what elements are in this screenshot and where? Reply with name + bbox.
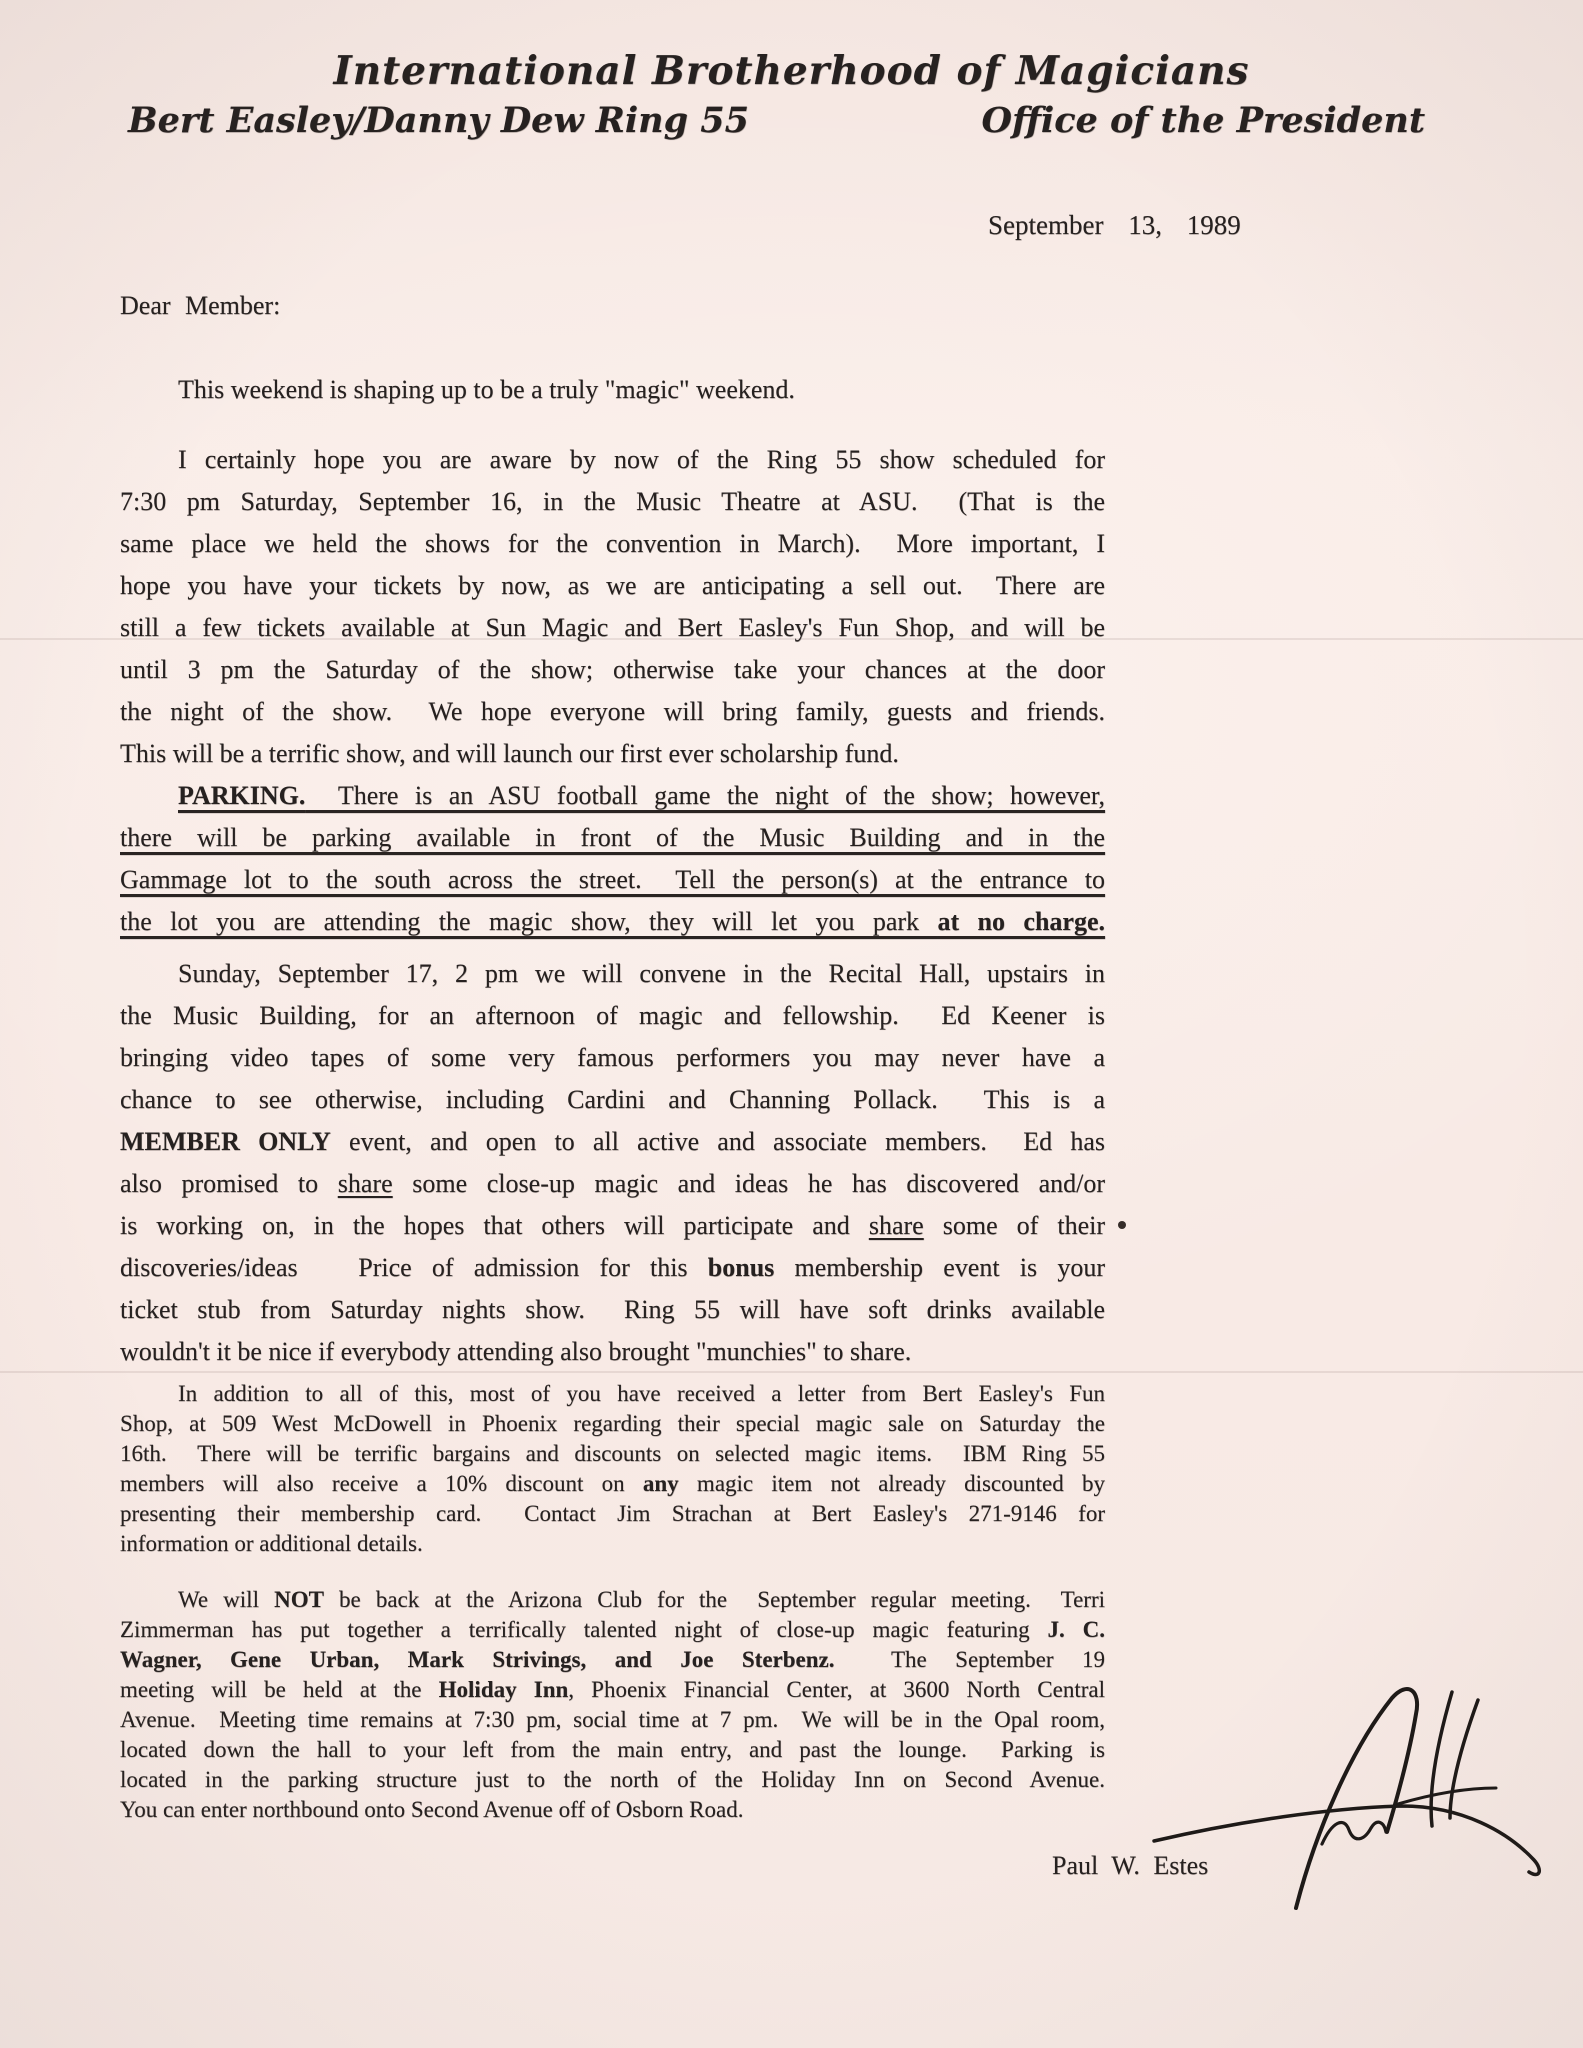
text-segment: The September 19 [835, 1647, 1105, 1672]
letter-line: wouldn't it be nice if everybody attendi… [120, 1331, 1105, 1373]
letter-line: I certainly hope you are aware by now of… [120, 439, 1105, 481]
text-segment: bonus [708, 1253, 775, 1282]
text-segment: the night of the show. We hope everyone … [120, 697, 1105, 726]
letter-line: meeting will be held at the Holiday Inn,… [120, 1675, 1105, 1705]
text-segment: is working on, in the hopes that others … [120, 1211, 869, 1240]
text-segment: This weekend is shaping up to be a truly… [178, 375, 795, 404]
text-segment: same place we held the shows for the con… [120, 529, 1105, 558]
letter-line: In addition to all of this, most of you … [120, 1379, 1105, 1409]
letter-line: ticket stub from Saturday nights show. R… [120, 1289, 1105, 1331]
text-segment: There is an ASU football game the night … [305, 781, 1105, 810]
letter-line: 7:30 pm Saturday, September 16, in the M… [120, 481, 1105, 523]
text-segment: be back at the Arizona Club for the Sept… [324, 1587, 1105, 1612]
text-segment: at no charge. [937, 907, 1105, 936]
text-segment: hope you have your tickets by now, as we… [120, 571, 1105, 600]
letter-line: Gammage lot to the south across the stre… [120, 859, 1105, 901]
letter-line: until 3 pm the Saturday of the show; oth… [120, 649, 1105, 691]
paragraph-parking: PARKING. There is an ASU football game t… [120, 775, 1105, 943]
text-segment: Holiday Inn [439, 1677, 569, 1702]
letter-line: still a few tickets available at Sun Mag… [120, 607, 1105, 649]
letter-line: the lot you are attending the magic show… [120, 901, 1105, 943]
salutation: Dear Member: [120, 285, 1105, 327]
text-segment: information or additional details. [120, 1531, 423, 1556]
letter-line: presenting their membership card. Contac… [120, 1499, 1105, 1529]
letter-line: located down the hall to your left from … [120, 1735, 1105, 1765]
text-segment: This will be a terrific show, and will l… [120, 739, 899, 768]
text-segment: Sunday, September 17, 2 pm we will conve… [178, 959, 1105, 988]
ink-speck [1118, 1221, 1126, 1229]
letter-line: Wagner, Gene Urban, Mark Strivings, and … [120, 1645, 1105, 1675]
letter-line: is working on, in the hopes that others … [120, 1205, 1105, 1247]
text-segment: bringing video tapes of some very famous… [120, 1043, 1105, 1072]
letter-line: PARKING. There is an ASU football game t… [120, 775, 1105, 817]
letter-line: the night of the show. We hope everyone … [120, 691, 1105, 733]
text-segment: discoveries/ideas Price of admission for… [120, 1253, 708, 1282]
letter-line: This weekend is shaping up to be a truly… [120, 369, 1105, 411]
letter-line: Sunday, September 17, 2 pm we will conve… [120, 953, 1105, 995]
text-segment: located in the parking structure just to… [120, 1767, 1105, 1792]
text-segment: 16th. There will be terrific bargains an… [120, 1441, 1105, 1466]
text-segment: Avenue. Meeting time remains at 7:30 pm,… [120, 1707, 1105, 1732]
office-title: Office of the President [981, 100, 1425, 141]
paragraph-intro: This weekend is shaping up to be a truly… [120, 369, 1105, 411]
letter-line: This will be a terrific show, and will l… [120, 733, 1105, 775]
text-segment: the Music Building, for an afternoon of … [120, 1001, 1105, 1030]
letter-line: MEMBER ONLY event, and open to all activ… [120, 1121, 1105, 1163]
letter-line: bringing video tapes of some very famous… [120, 1037, 1105, 1079]
text-segment: until 3 pm the Saturday of the show; oth… [120, 655, 1105, 684]
paragraph-september-meeting: We will NOT be back at the Arizona Club … [120, 1585, 1105, 1825]
letter-line: same place we held the shows for the con… [120, 523, 1105, 565]
text-segment: We will [178, 1587, 274, 1612]
letter-body: Dear Member: This weekend is shaping up … [120, 285, 1105, 1825]
letter-line: Avenue. Meeting time remains at 7:30 pm,… [120, 1705, 1105, 1735]
letter-line: discoveries/ideas Price of admission for… [120, 1247, 1105, 1289]
text-segment: membership event is your [774, 1253, 1105, 1282]
text-segment: Gammage lot to the south across the stre… [120, 865, 1105, 894]
text-segment: magic item not already discounted by [679, 1471, 1105, 1496]
paragraphs: This weekend is shaping up to be a truly… [120, 369, 1105, 1825]
letter-line: located in the parking structure just to… [120, 1765, 1105, 1795]
text-segment: wouldn't it be nice if everybody attendi… [120, 1337, 911, 1366]
typed-signature-name: Paul W. Estes [1052, 1851, 1208, 1881]
text-segment: 7:30 pm Saturday, September 16, in the M… [120, 487, 1105, 516]
letter-line: chance to see otherwise, including Cardi… [120, 1079, 1105, 1121]
org-title: International Brotherhood of Magicians [0, 48, 1583, 94]
text-segment: members will also receive a 10% discount… [120, 1471, 643, 1496]
letter-line: information or additional details. [120, 1529, 1105, 1559]
scanned-letter: { "header": { "org_name": "International… [0, 0, 1583, 2048]
text-segment: some close-up magic and ideas he has dis… [393, 1169, 1105, 1198]
text-segment: there will be parking available in front… [120, 823, 1105, 852]
text-segment: meeting will be held at the [120, 1677, 439, 1702]
letter-line: We will NOT be back at the Arizona Club … [120, 1585, 1105, 1615]
text-segment: share [338, 1169, 393, 1198]
letter-line: the Music Building, for an afternoon of … [120, 995, 1105, 1037]
text-segment: some of their [924, 1211, 1105, 1240]
text-segment: PARKING. [178, 781, 305, 810]
text-segment: chance to see otherwise, including Cardi… [120, 1085, 1105, 1114]
text-segment: NOT [274, 1587, 324, 1612]
text-segment: ticket stub from Saturday nights show. R… [120, 1295, 1105, 1324]
paragraph-sunday-event: Sunday, September 17, 2 pm we will conve… [120, 953, 1105, 1373]
paragraph-fun-shop-sale: In addition to all of this, most of you … [120, 1379, 1105, 1559]
letterhead-row: Bert Easley/Danny Dew Ring 55 Office of … [128, 100, 1425, 141]
text-segment: Zimmerman has put together a terrificall… [120, 1617, 1047, 1642]
letter-line: 16th. There will be terrific bargains an… [120, 1439, 1105, 1469]
text-segment: MEMBER ONLY [120, 1127, 331, 1156]
letter-line: hope you have your tickets by now, as we… [120, 565, 1105, 607]
letter-line: Zimmerman has put together a terrificall… [120, 1615, 1105, 1645]
text-segment: any [643, 1471, 679, 1496]
text-segment: Shop, at 509 West McDowell in Phoenix re… [120, 1411, 1105, 1436]
text-segment: the lot you are attending the magic show… [120, 907, 937, 936]
text-segment: still a few tickets available at Sun Mag… [120, 613, 1105, 642]
letter-line: there will be parking available in front… [120, 817, 1105, 859]
text-segment: share [869, 1211, 924, 1240]
letter-line: also promised to share some close-up mag… [120, 1163, 1105, 1205]
text-segment: event, and open to all active and associ… [331, 1127, 1105, 1156]
text-segment: , Phoenix Financial Center, at 3600 Nort… [568, 1677, 1105, 1702]
text-segment: presenting their membership card. Contac… [120, 1501, 1105, 1526]
letter-line: Shop, at 509 West McDowell in Phoenix re… [120, 1409, 1105, 1439]
paragraph-show-details: I certainly hope you are aware by now of… [120, 439, 1105, 775]
text-segment: also promised to [120, 1169, 338, 1198]
text-segment: You can enter northbound onto Second Ave… [120, 1797, 743, 1822]
letter-line: members will also receive a 10% discount… [120, 1469, 1105, 1499]
text-segment: located down the hall to your left from … [120, 1737, 1105, 1762]
text-segment: Wagner, Gene Urban, Mark Strivings, and … [120, 1647, 835, 1672]
letter-line: You can enter northbound onto Second Ave… [120, 1795, 1105, 1825]
text-segment: J. C. [1047, 1617, 1105, 1642]
text-segment: In addition to all of this, most of you … [178, 1381, 1105, 1406]
ring-title: Bert Easley/Danny Dew Ring 55 [128, 100, 749, 141]
date-line: September 13, 1989 [988, 210, 1241, 241]
text-segment: I certainly hope you are aware by now of… [178, 445, 1105, 474]
